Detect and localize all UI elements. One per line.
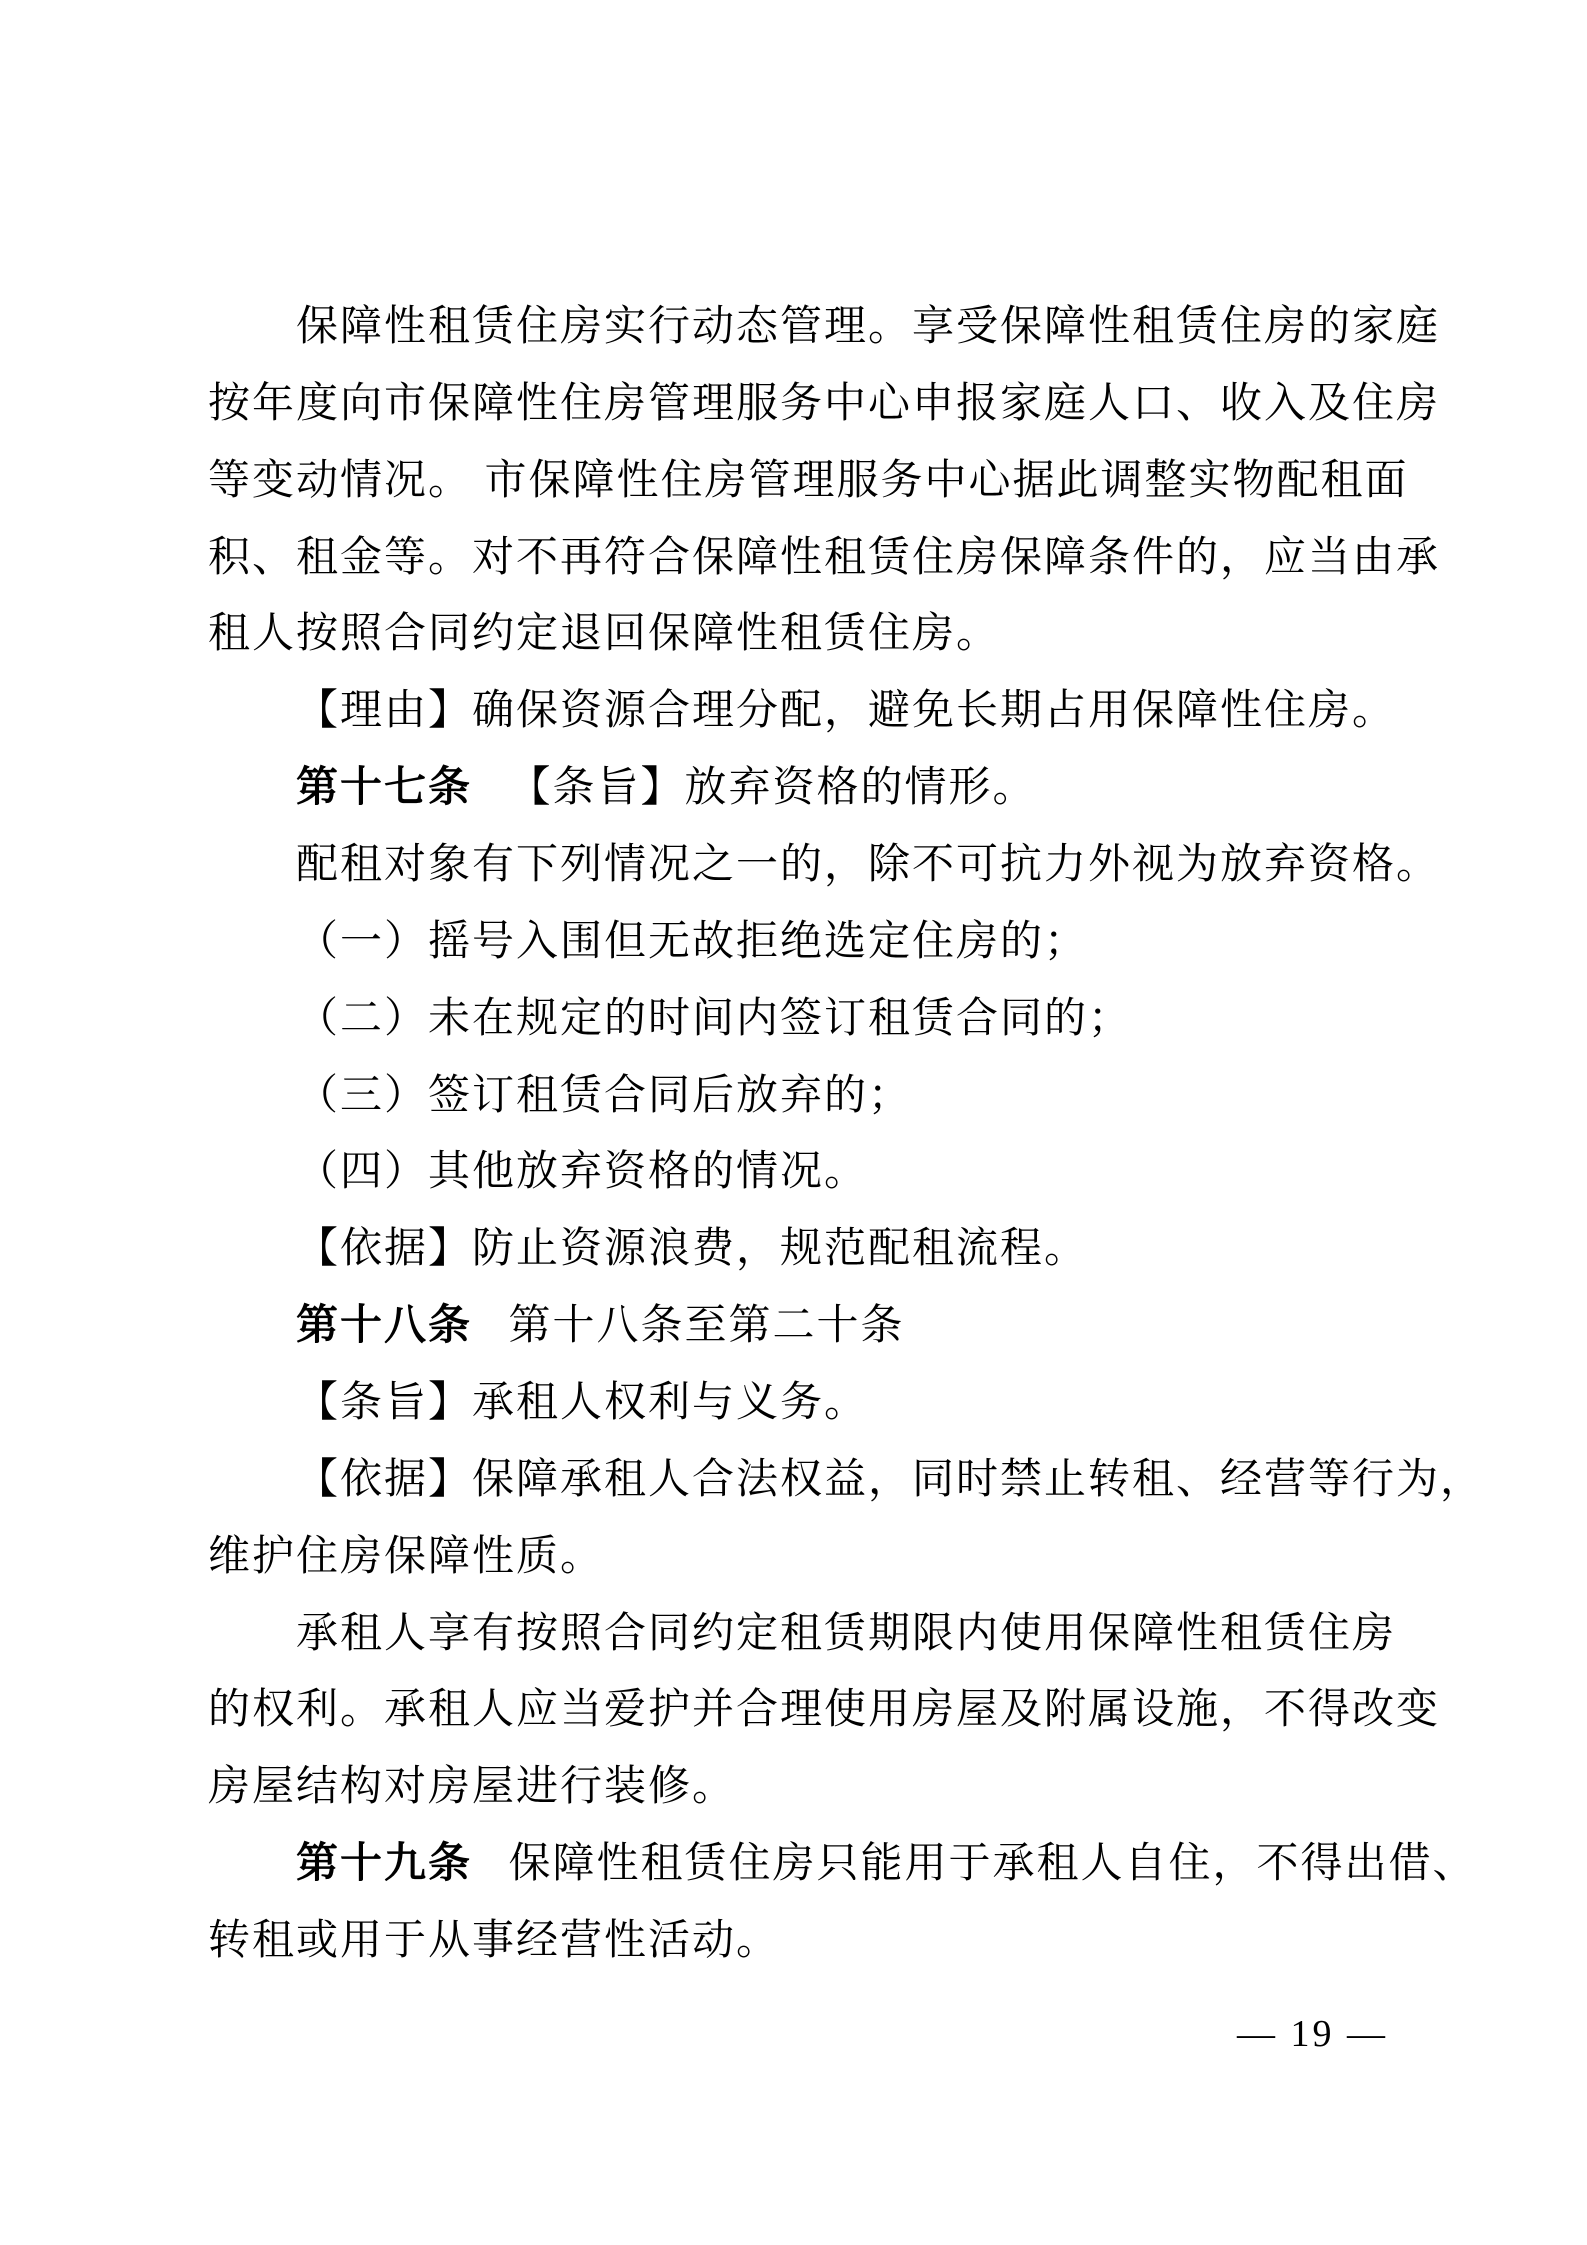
line-text: 承租人享有按照合同约定租赁期限内使用保障性租赁住房 <box>296 1611 1396 1657</box>
line-text: 【条旨】承租人权利与义务。 <box>296 1380 868 1426</box>
article-number: 第十八条 <box>296 1303 472 1349</box>
line-text: 维护住房保障性质。 <box>208 1534 604 1580</box>
text-line: 配租对象有下列情况之一的，除不可抗力外视为放弃资格。 <box>208 827 1466 904</box>
text-line: 保障性租赁住房实行动态管理。享受保障性租赁住房的家庭 <box>208 289 1466 366</box>
article-number: 第十七条 <box>296 765 472 811</box>
line-text: 【条旨】放弃资格的情形。 <box>496 765 1037 811</box>
article-17-heading-line: 第十七条 【条旨】放弃资格的情形。 <box>208 750 1466 827</box>
text-line: 房屋结构对房屋进行装修。 <box>208 1749 1466 1826</box>
line-text: 第十八条至第二十条 <box>496 1303 905 1349</box>
line-text: 转租或用于从事经营性活动。 <box>208 1918 780 1964</box>
basis-line: 【依据】防止资源浪费，规范配租流程。 <box>208 1211 1466 1288</box>
line-text: （三）签订租赁合同后放弃的； <box>296 1073 912 1119</box>
article-18-heading-line: 第十八条 第十八条至第二十条 <box>208 1288 1466 1365</box>
line-text: 【依据】保障承租人合法权益，同时禁止转租、经营等行为， <box>296 1457 1466 1503</box>
line-text: 保障性租赁住房只能用于承租人自住，不得出借、 <box>496 1841 1466 1887</box>
text-line: 维护住房保障性质。 <box>208 1519 1466 1596</box>
line-text: 保障性租赁住房实行动态管理。享受保障性租赁住房的家庭 <box>296 304 1440 350</box>
list-item-3: （三）签订租赁合同后放弃的； <box>208 1058 1466 1135</box>
text-line: 的权利。承租人应当爱护并合理使用房屋及附属设施，不得改变 <box>208 1672 1466 1749</box>
list-item-2: （二）未在规定的时间内签订租赁合同的； <box>208 981 1466 1058</box>
line-text: 的权利。承租人应当爱护并合理使用房屋及附属设施，不得改变 <box>208 1687 1440 1733</box>
text-line: 承租人享有按照合同约定租赁期限内使用保障性租赁住房 <box>208 1596 1466 1673</box>
line-text: （二）未在规定的时间内签订租赁合同的； <box>296 996 1132 1042</box>
text-line: 租人按照合同约定退回保障性租赁住房。 <box>208 596 1466 673</box>
line-text: 等变动情况。 市保障性住房管理服务中心据此调整实物配租面 <box>208 458 1409 504</box>
list-item-4: （四）其他放弃资格的情况。 <box>208 1134 1466 1211</box>
line-text: （一）摇号入围但无故拒绝选定住房的； <box>296 919 1088 965</box>
page-number: — 19 — <box>1237 2006 1388 2062</box>
text-line: 按年度向市保障性住房管理服务中心申报家庭人口、收入及住房 <box>208 366 1466 443</box>
list-item-1: （一）摇号入围但无故拒绝选定住房的； <box>208 904 1466 981</box>
line-text: 租人按照合同约定退回保障性租赁住房。 <box>208 611 1000 657</box>
line-text: （四）其他放弃资格的情况。 <box>296 1149 868 1195</box>
basis-line: 【依据】保障承租人合法权益，同时禁止转租、经营等行为， <box>208 1442 1466 1519</box>
line-text: 按年度向市保障性住房管理服务中心申报家庭人口、收入及住房 <box>208 381 1440 427</box>
article-number: 第十九条 <box>296 1841 472 1887</box>
line-text: 配租对象有下列情况之一的，除不可抗力外视为放弃资格。 <box>296 842 1440 888</box>
article-19-heading-line: 第十九条 保障性租赁住房只能用于承租人自住，不得出借、 <box>208 1826 1466 1903</box>
line-text: 【理由】确保资源合理分配，避免长期占用保障性住房。 <box>296 688 1396 734</box>
text-line: 转租或用于从事经营性活动。 <box>208 1903 1466 1980</box>
line-text: 【依据】防止资源浪费，规范配租流程。 <box>296 1226 1088 1272</box>
text-line: 积、租金等。对不再符合保障性租赁住房保障条件的，应当由承 <box>208 520 1466 597</box>
gist-line: 【条旨】承租人权利与义务。 <box>208 1365 1466 1442</box>
reason-line: 【理由】确保资源合理分配，避免长期占用保障性住房。 <box>208 673 1466 750</box>
line-text: 积、租金等。对不再符合保障性租赁住房保障条件的，应当由承 <box>208 535 1440 581</box>
line-text: 房屋结构对房屋进行装修。 <box>208 1764 736 1810</box>
document-page: 保障性租赁住房实行动态管理。享受保障性租赁住房的家庭 按年度向市保障性住房管理服… <box>0 0 1587 2245</box>
document-body: 保障性租赁住房实行动态管理。享受保障性租赁住房的家庭 按年度向市保障性住房管理服… <box>208 289 1466 1980</box>
text-line: 等变动情况。 市保障性住房管理服务中心据此调整实物配租面 <box>208 443 1466 520</box>
